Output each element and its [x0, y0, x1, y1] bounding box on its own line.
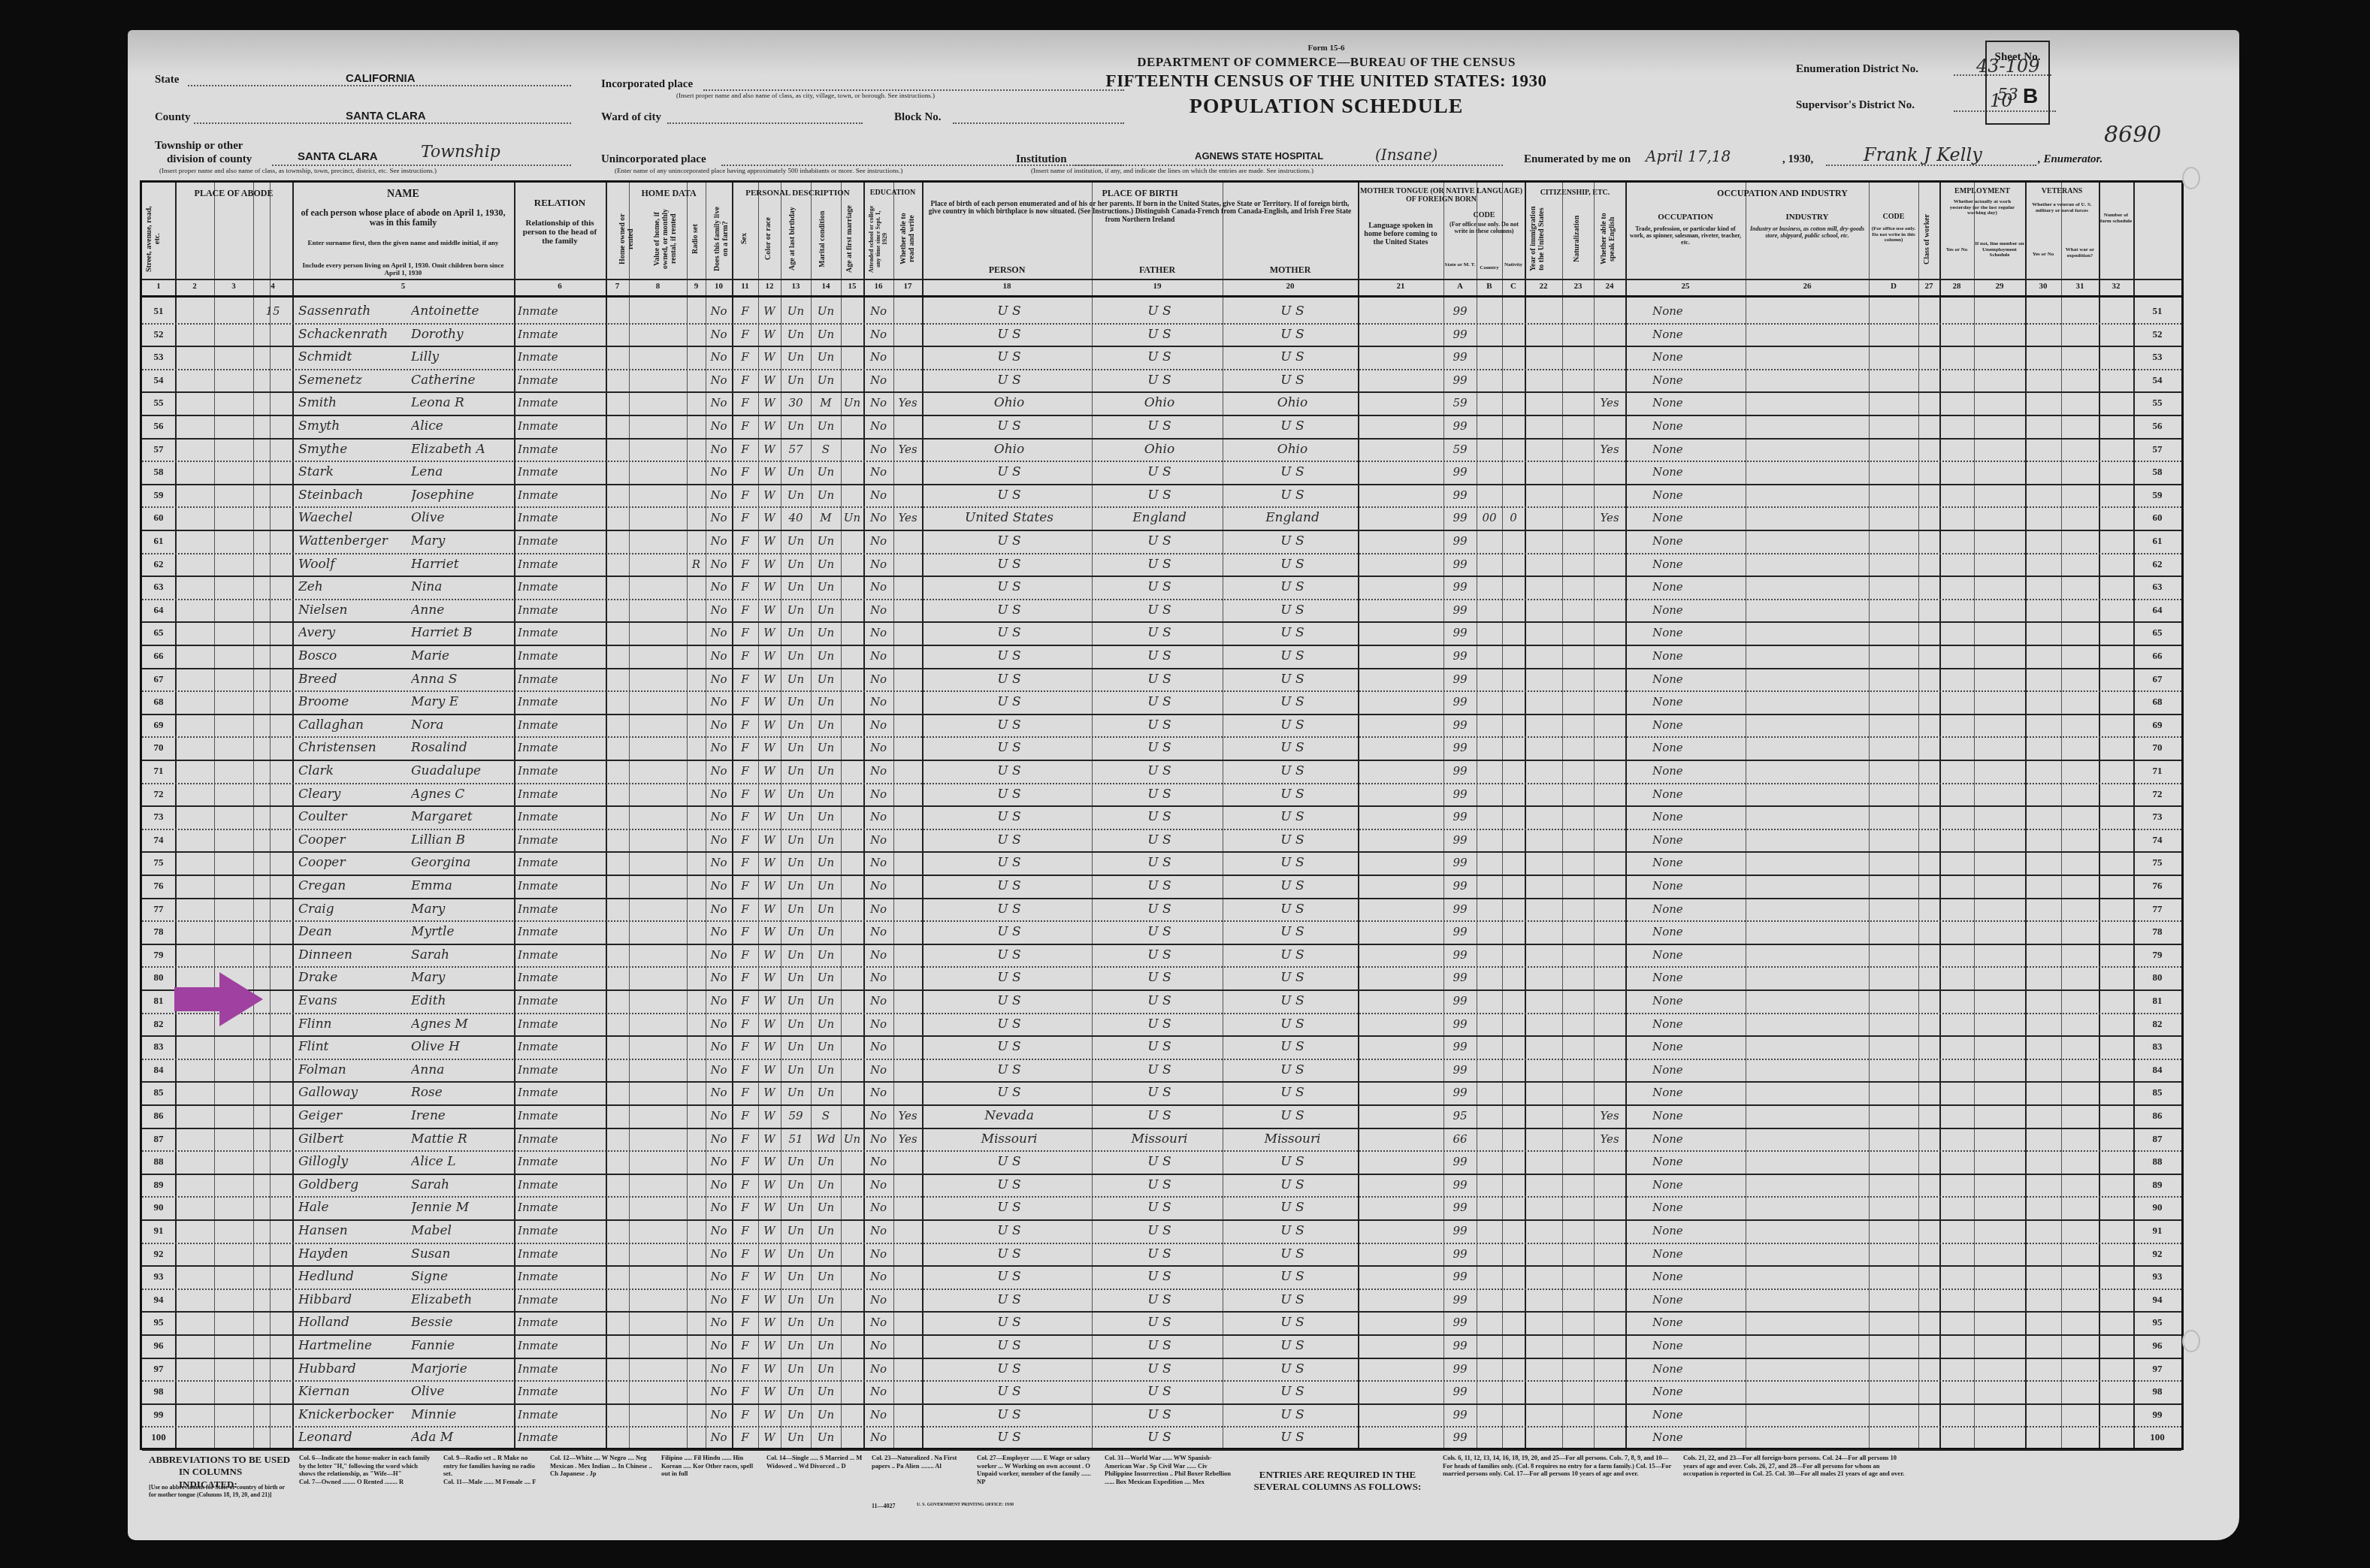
age-marriage: [841, 623, 863, 642]
code-b: [1477, 1405, 1502, 1424]
age-marriage: [841, 577, 863, 597]
marital: Un: [811, 347, 841, 367]
family-number: [253, 485, 292, 505]
family-number: [253, 1221, 292, 1240]
birthplace-person: U S: [928, 807, 1090, 826]
radio: [687, 577, 706, 597]
birthplace-person: U S: [928, 416, 1090, 436]
sheet-label: Sheet No.: [1987, 51, 2048, 64]
code-a: 99: [1443, 1152, 1477, 1171]
age: 57: [781, 440, 811, 459]
sex: F: [732, 1198, 758, 1217]
occupation: None: [1652, 1175, 1746, 1195]
speaks-english: [1594, 761, 1625, 781]
birthplace-person: U S: [928, 738, 1090, 757]
table-row: 63ZehNinaInmateNoFWUnUnNoU SU SU S99None…: [142, 576, 2181, 600]
read-write: [893, 1428, 922, 1447]
age: 30: [781, 393, 811, 412]
relation: Inmate: [518, 531, 604, 551]
header-farm: Does this family live on a farm?: [713, 205, 725, 273]
age: Un: [781, 1313, 811, 1332]
occupation: None: [1652, 761, 1746, 781]
read-write: [893, 1198, 922, 1217]
relation: Inmate: [518, 301, 604, 321]
speaks-english: [1594, 347, 1625, 367]
sex: F: [732, 1175, 758, 1195]
read-write: [893, 1359, 922, 1379]
relation: Inmate: [518, 1152, 604, 1171]
race: W: [758, 325, 781, 344]
table-row: 67BreedAnna SInmateNoFWUnUnNoU SU SU S99…: [142, 668, 2181, 693]
surname: Galloway: [298, 1083, 411, 1102]
race: W: [758, 1060, 781, 1080]
code-b: [1477, 876, 1502, 896]
radio: [687, 876, 706, 896]
school: No: [863, 876, 893, 896]
birthplace-father: U S: [1098, 462, 1221, 482]
line-number-right: 92: [2133, 1244, 2181, 1264]
school: No: [863, 738, 893, 757]
birthplace-mother: U S: [1229, 1198, 1356, 1217]
code-c: [1502, 440, 1525, 459]
code-b: [1477, 1313, 1502, 1332]
given-name: Mabel: [411, 1221, 512, 1240]
line-number-left: 56: [142, 416, 175, 436]
code-a: 59: [1443, 393, 1477, 412]
code-c: [1502, 393, 1525, 412]
table-row: 54SemenetzCatherineInmateNoFWUnUnNoU SU …: [142, 369, 2181, 394]
birthplace-mother: U S: [1229, 531, 1356, 551]
code-b: [1477, 440, 1502, 459]
header-home-data: HOME DATA: [606, 189, 732, 198]
speaks-english: [1594, 1382, 1625, 1401]
read-write: [893, 761, 922, 781]
code-c: [1502, 1428, 1525, 1447]
col-num-2: 2: [175, 282, 214, 291]
radio: [687, 899, 706, 919]
code-b: [1477, 945, 1502, 965]
table-row: 83FlintOlive HInmateNoFWUnUnNoU SU SU S9…: [142, 1035, 2181, 1060]
farm: No: [706, 1382, 732, 1401]
header-radio: Radio set: [691, 205, 700, 273]
given-name: Agnes C: [411, 784, 512, 804]
birthplace-father: U S: [1098, 738, 1221, 757]
ward-label: Ward of city: [601, 111, 661, 124]
birthplace-father: U S: [1098, 1290, 1221, 1310]
sex: F: [732, 1037, 758, 1056]
age-marriage: [841, 1175, 863, 1195]
school: No: [863, 692, 893, 711]
line-number-left: 74: [142, 830, 175, 850]
age-marriage: [841, 325, 863, 344]
birthplace-father: U S: [1098, 485, 1221, 505]
relation: Inmate: [518, 462, 604, 482]
race: W: [758, 1336, 781, 1355]
birthplace-mother: U S: [1229, 738, 1356, 757]
given-name: Fannie: [411, 1336, 512, 1355]
header-relation-desc: Relationship of this person to the head …: [518, 219, 602, 246]
birthplace-father: U S: [1098, 1359, 1221, 1379]
code-a: 99: [1443, 1267, 1477, 1286]
line-number-left: 64: [142, 600, 175, 620]
school: No: [863, 485, 893, 505]
line-number-right: 59: [2133, 485, 2181, 505]
birthplace-person: U S: [928, 968, 1090, 987]
county-label: County: [155, 111, 191, 124]
relation: Inmate: [518, 1060, 604, 1080]
header-occupation: OCCUPATION: [1625, 213, 1746, 222]
speaks-english: [1594, 1083, 1625, 1102]
sex: F: [732, 554, 758, 574]
family-number: [253, 1382, 292, 1401]
line-number-left: 82: [142, 1014, 175, 1034]
race: W: [758, 646, 781, 666]
code-c: [1502, 370, 1525, 390]
line-number-left: 73: [142, 807, 175, 826]
table-row: 98KiernanOliveInmateNoFWUnUnNoU SU SU S9…: [142, 1380, 2181, 1405]
table-row: 94HibbardElizabethInmateNoFWUnUnNoU SU S…: [142, 1289, 2181, 1313]
birthplace-mother: Ohio: [1229, 393, 1356, 412]
table-row: 99KnickerbockerMinnieInmateNoFWUnUnNoU S…: [142, 1403, 2181, 1428]
radio: [687, 370, 706, 390]
col-num-9: 9: [687, 282, 706, 291]
table-row: 80DrakeMaryInmateNoFWUnUnNoU SU SU S99No…: [142, 966, 2181, 991]
code-b: [1477, 991, 1502, 1011]
code-b: [1477, 1175, 1502, 1195]
school: No: [863, 1060, 893, 1080]
line-number-right: 75: [2133, 853, 2181, 872]
birthplace-mother: U S: [1229, 370, 1356, 390]
birthplace-father: U S: [1098, 325, 1221, 344]
code-a: 99: [1443, 485, 1477, 505]
family-number: [253, 1244, 292, 1264]
header-value: Value of home, if owned, or monthly rent…: [653, 205, 671, 273]
age: Un: [781, 577, 811, 597]
table-row: 52SchackenrathDorothyInmateNoFWUnUnNoU S…: [142, 323, 2181, 348]
birthplace-person: U S: [928, 1244, 1090, 1264]
school: No: [863, 1152, 893, 1171]
col-num-b: B: [1477, 282, 1502, 291]
race: W: [758, 991, 781, 1011]
marital: Un: [811, 945, 841, 965]
farm: No: [706, 1267, 732, 1286]
col-num-27: 27: [1918, 282, 1939, 291]
header-veterans: VETERANS: [2025, 187, 2099, 195]
header-mother-tongue: MOTHER TONGUE (OR NATIVE LANGUAGE) OF FO…: [1358, 187, 1525, 204]
read-write: [893, 1290, 922, 1310]
birthplace-mother: U S: [1229, 1175, 1356, 1195]
speaks-english: [1594, 991, 1625, 1011]
line-number-left: 94: [142, 1290, 175, 1310]
birthplace-father: U S: [1098, 1428, 1221, 1447]
birthplace-person: U S: [928, 1060, 1090, 1080]
radio: [687, 1267, 706, 1286]
occupation: None: [1652, 1244, 1746, 1264]
line-number-left: 85: [142, 1083, 175, 1102]
institution-handwritten: (Insane): [1375, 146, 1437, 164]
race: W: [758, 830, 781, 850]
birthplace-father: U S: [1098, 1405, 1221, 1424]
header-school: Attended school or college any time sinc…: [868, 205, 889, 273]
marital: Un: [811, 899, 841, 919]
line-number-left: 78: [142, 922, 175, 941]
read-write: [893, 1060, 922, 1080]
header-race: Color or race: [764, 205, 773, 273]
given-name: Elizabeth A: [411, 440, 512, 459]
occupation: None: [1652, 1083, 1746, 1102]
relation: Inmate: [518, 1382, 604, 1401]
age-marriage: Un: [841, 393, 863, 412]
col-num-32: 32: [2099, 282, 2133, 291]
farm: No: [706, 554, 732, 574]
header-name: NAME: [292, 189, 514, 200]
marital: Un: [811, 1405, 841, 1424]
age-marriage: [841, 1405, 863, 1424]
birthplace-father: U S: [1098, 554, 1221, 574]
farm: No: [706, 1106, 732, 1125]
birthplace-mother: U S: [1229, 1014, 1356, 1034]
occupation: None: [1652, 508, 1746, 527]
code-b: [1477, 1336, 1502, 1355]
family-number: [253, 830, 292, 850]
family-number: [253, 347, 292, 367]
printer-imprint: U. S. GOVERNMENT PRINTING OFFICE: 1930: [917, 1503, 1014, 1509]
surname: Bosco: [298, 646, 411, 666]
surname: Evans: [298, 991, 411, 1011]
code-a: 99: [1443, 325, 1477, 344]
age-marriage: [841, 738, 863, 757]
code-c: [1502, 1083, 1525, 1102]
col-num-12: 12: [758, 282, 781, 291]
institution-label: Institution: [1016, 153, 1067, 166]
school: No: [863, 623, 893, 642]
school: No: [863, 715, 893, 735]
age: Un: [781, 1359, 811, 1379]
sex: F: [732, 899, 758, 919]
read-write: Yes: [893, 1129, 922, 1149]
relation: Inmate: [518, 853, 604, 872]
speaks-english: [1594, 807, 1625, 826]
marital: Un: [811, 416, 841, 436]
age-marriage: [841, 370, 863, 390]
family-number: [253, 922, 292, 941]
relation: Inmate: [518, 1175, 604, 1195]
read-write: [893, 692, 922, 711]
birthplace-person: U S: [928, 577, 1090, 597]
age-marriage: [841, 462, 863, 482]
block-label: Block No.: [894, 111, 942, 124]
school: No: [863, 807, 893, 826]
read-write: [893, 1244, 922, 1264]
age: Un: [781, 853, 811, 872]
speaks-english: [1594, 692, 1625, 711]
race: W: [758, 462, 781, 482]
table-row: 90HaleJennie MInmateNoFWUnUnNoU SU SU S9…: [142, 1196, 2181, 1221]
given-name: Marjorie: [411, 1359, 512, 1379]
enumerated-year: , 1930,: [1782, 153, 1813, 166]
surname: Gilbert: [298, 1129, 411, 1149]
age: Un: [781, 462, 811, 482]
radio: [687, 1014, 706, 1034]
unincorporated-note: (Enter name of any unincorporated place …: [615, 167, 902, 174]
code-a: 99: [1443, 462, 1477, 482]
code-c: [1502, 784, 1525, 804]
sex: F: [732, 945, 758, 965]
code-c: [1502, 347, 1525, 367]
line-number-left: 92: [142, 1244, 175, 1264]
code-c: [1502, 1382, 1525, 1401]
birthplace-person: U S: [928, 1290, 1090, 1310]
age: 51: [781, 1129, 811, 1149]
col-num-31: 31: [2061, 282, 2099, 291]
occupation: None: [1652, 485, 1746, 505]
birthplace-mother: U S: [1229, 1267, 1356, 1286]
age: Un: [781, 922, 811, 941]
age: Un: [781, 1290, 811, 1310]
abbrev-col6-col7: Col. 6—Indicate the home-maker in each f…: [299, 1454, 434, 1486]
table-row: 5115SassenrathAntoinetteInmateNoFWUnUnNo…: [142, 300, 2181, 325]
birthplace-father: U S: [1098, 945, 1221, 965]
relation: Inmate: [518, 761, 604, 781]
farm: No: [706, 440, 732, 459]
birthplace-father: U S: [1098, 991, 1221, 1011]
line-number-right: 63: [2133, 577, 2181, 597]
radio: [687, 922, 706, 941]
table-row: 73CoulterMargaretInmateNoFWUnUnNoU SU SU…: [142, 805, 2181, 830]
family-number: [253, 1336, 292, 1355]
surname: Schmidt: [298, 347, 411, 367]
abbrev-col31: Col. 31—World War ...... WW Spanish-Amer…: [1105, 1454, 1232, 1486]
code-a: 99: [1443, 807, 1477, 826]
birthplace-mother: U S: [1229, 692, 1356, 711]
sex: F: [732, 325, 758, 344]
birthplace-person: U S: [928, 1336, 1090, 1355]
birthplace-father: U S: [1098, 1244, 1221, 1264]
radio: [687, 784, 706, 804]
institution-value: AGNEWS STATE HOSPITAL: [1195, 150, 1323, 162]
birthplace-father: U S: [1098, 830, 1221, 850]
occupation: None: [1652, 1198, 1746, 1217]
given-name: Josephine: [411, 485, 512, 505]
birthplace-person: U S: [928, 945, 1090, 965]
farm: No: [706, 1313, 732, 1332]
race: W: [758, 669, 781, 689]
birthplace-person: U S: [928, 1428, 1090, 1447]
code-c: [1502, 876, 1525, 896]
birthplace-mother: U S: [1229, 1106, 1356, 1125]
radio: [687, 1083, 706, 1102]
marital: Un: [811, 1359, 841, 1379]
header-owned: Home owned or rented: [618, 205, 627, 273]
school: No: [863, 922, 893, 941]
family-number: [253, 807, 292, 826]
line-number-right: 78: [2133, 922, 2181, 941]
sd-label: Supervisor's District No.: [1796, 99, 1915, 112]
age: Un: [781, 347, 811, 367]
family-number: [253, 1175, 292, 1195]
col-num-17: 17: [893, 282, 922, 291]
age: Un: [781, 945, 811, 965]
table-row: 97HubbardMarjorieInmateNoFWUnUnNoU SU SU…: [142, 1358, 2181, 1382]
enumerator-name: Frank J Kelly: [1864, 144, 1982, 165]
read-write: [893, 347, 922, 367]
marital: Un: [811, 1244, 841, 1264]
birthplace-mother: U S: [1229, 301, 1356, 321]
radio: [687, 1198, 706, 1217]
relation: Inmate: [518, 1244, 604, 1264]
birthplace-person: U S: [928, 554, 1090, 574]
read-write: [893, 991, 922, 1011]
read-write: [893, 1336, 922, 1355]
birthplace-father: U S: [1098, 347, 1221, 367]
birthplace-person: U S: [928, 1014, 1090, 1034]
code-b: [1477, 807, 1502, 826]
col-num-4: 4: [253, 282, 292, 291]
col-num-23: 23: [1562, 282, 1594, 291]
speaks-english: Yes: [1594, 1129, 1625, 1149]
binder-hole: [2182, 1330, 2200, 1352]
table-row: 76CreganEmmaInmateNoFWUnUnNoU SU SU S99N…: [142, 875, 2181, 899]
line-number-left: 90: [142, 1198, 175, 1217]
occupation: None: [1652, 1313, 1746, 1332]
line-number-left: 70: [142, 738, 175, 757]
birthplace-father: U S: [1098, 1175, 1221, 1195]
surname: Breed: [298, 669, 411, 689]
birthplace-person: U S: [928, 853, 1090, 872]
birthplace-person: Ohio: [928, 440, 1090, 459]
birthplace-mother: U S: [1229, 646, 1356, 666]
birthplace-father: U S: [1098, 1152, 1221, 1171]
farm: No: [706, 853, 732, 872]
occupation: None: [1652, 1359, 1746, 1379]
age-marriage: [841, 416, 863, 436]
birthplace-father: England: [1098, 508, 1221, 527]
race: W: [758, 1244, 781, 1264]
township-label-2: division of county: [167, 153, 252, 166]
code-a: 99: [1443, 1382, 1477, 1401]
birthplace-father: U S: [1098, 807, 1221, 826]
entries-title: ENTRIES ARE REQUIRED IN THE SEVERAL COLU…: [1240, 1469, 1435, 1494]
birthplace-mother: U S: [1229, 853, 1356, 872]
age-marriage: [841, 945, 863, 965]
marital: Un: [811, 876, 841, 896]
age: Un: [781, 876, 811, 896]
speaks-english: [1594, 922, 1625, 941]
abbrev-note: [Use no abbreviations for State or count…: [149, 1484, 292, 1499]
code-c: [1502, 1106, 1525, 1125]
line-number-left: 63: [142, 577, 175, 597]
speaks-english: [1594, 830, 1625, 850]
col-num-d: D: [1869, 282, 1918, 291]
header-emp-yes-no: Yes or No: [1939, 247, 1974, 253]
school: No: [863, 968, 893, 987]
radio: [687, 807, 706, 826]
table-row: 59SteinbachJosephineInmateNoFWUnUnNoU SU…: [142, 484, 2181, 509]
line-number-right: 80: [2133, 968, 2181, 987]
state-value: CALIFORNIA: [346, 72, 416, 85]
birthplace-father: U S: [1098, 761, 1221, 781]
birthplace-mother: U S: [1229, 1221, 1356, 1240]
school: No: [863, 325, 893, 344]
line-number-right: 55: [2133, 393, 2181, 412]
birthplace-mother: U S: [1229, 899, 1356, 919]
col-num-21: 21: [1358, 282, 1443, 291]
speaks-english: [1594, 462, 1625, 482]
code-c: [1502, 738, 1525, 757]
code-a: 99: [1443, 1083, 1477, 1102]
family-number: [253, 1313, 292, 1332]
relation: Inmate: [518, 325, 604, 344]
